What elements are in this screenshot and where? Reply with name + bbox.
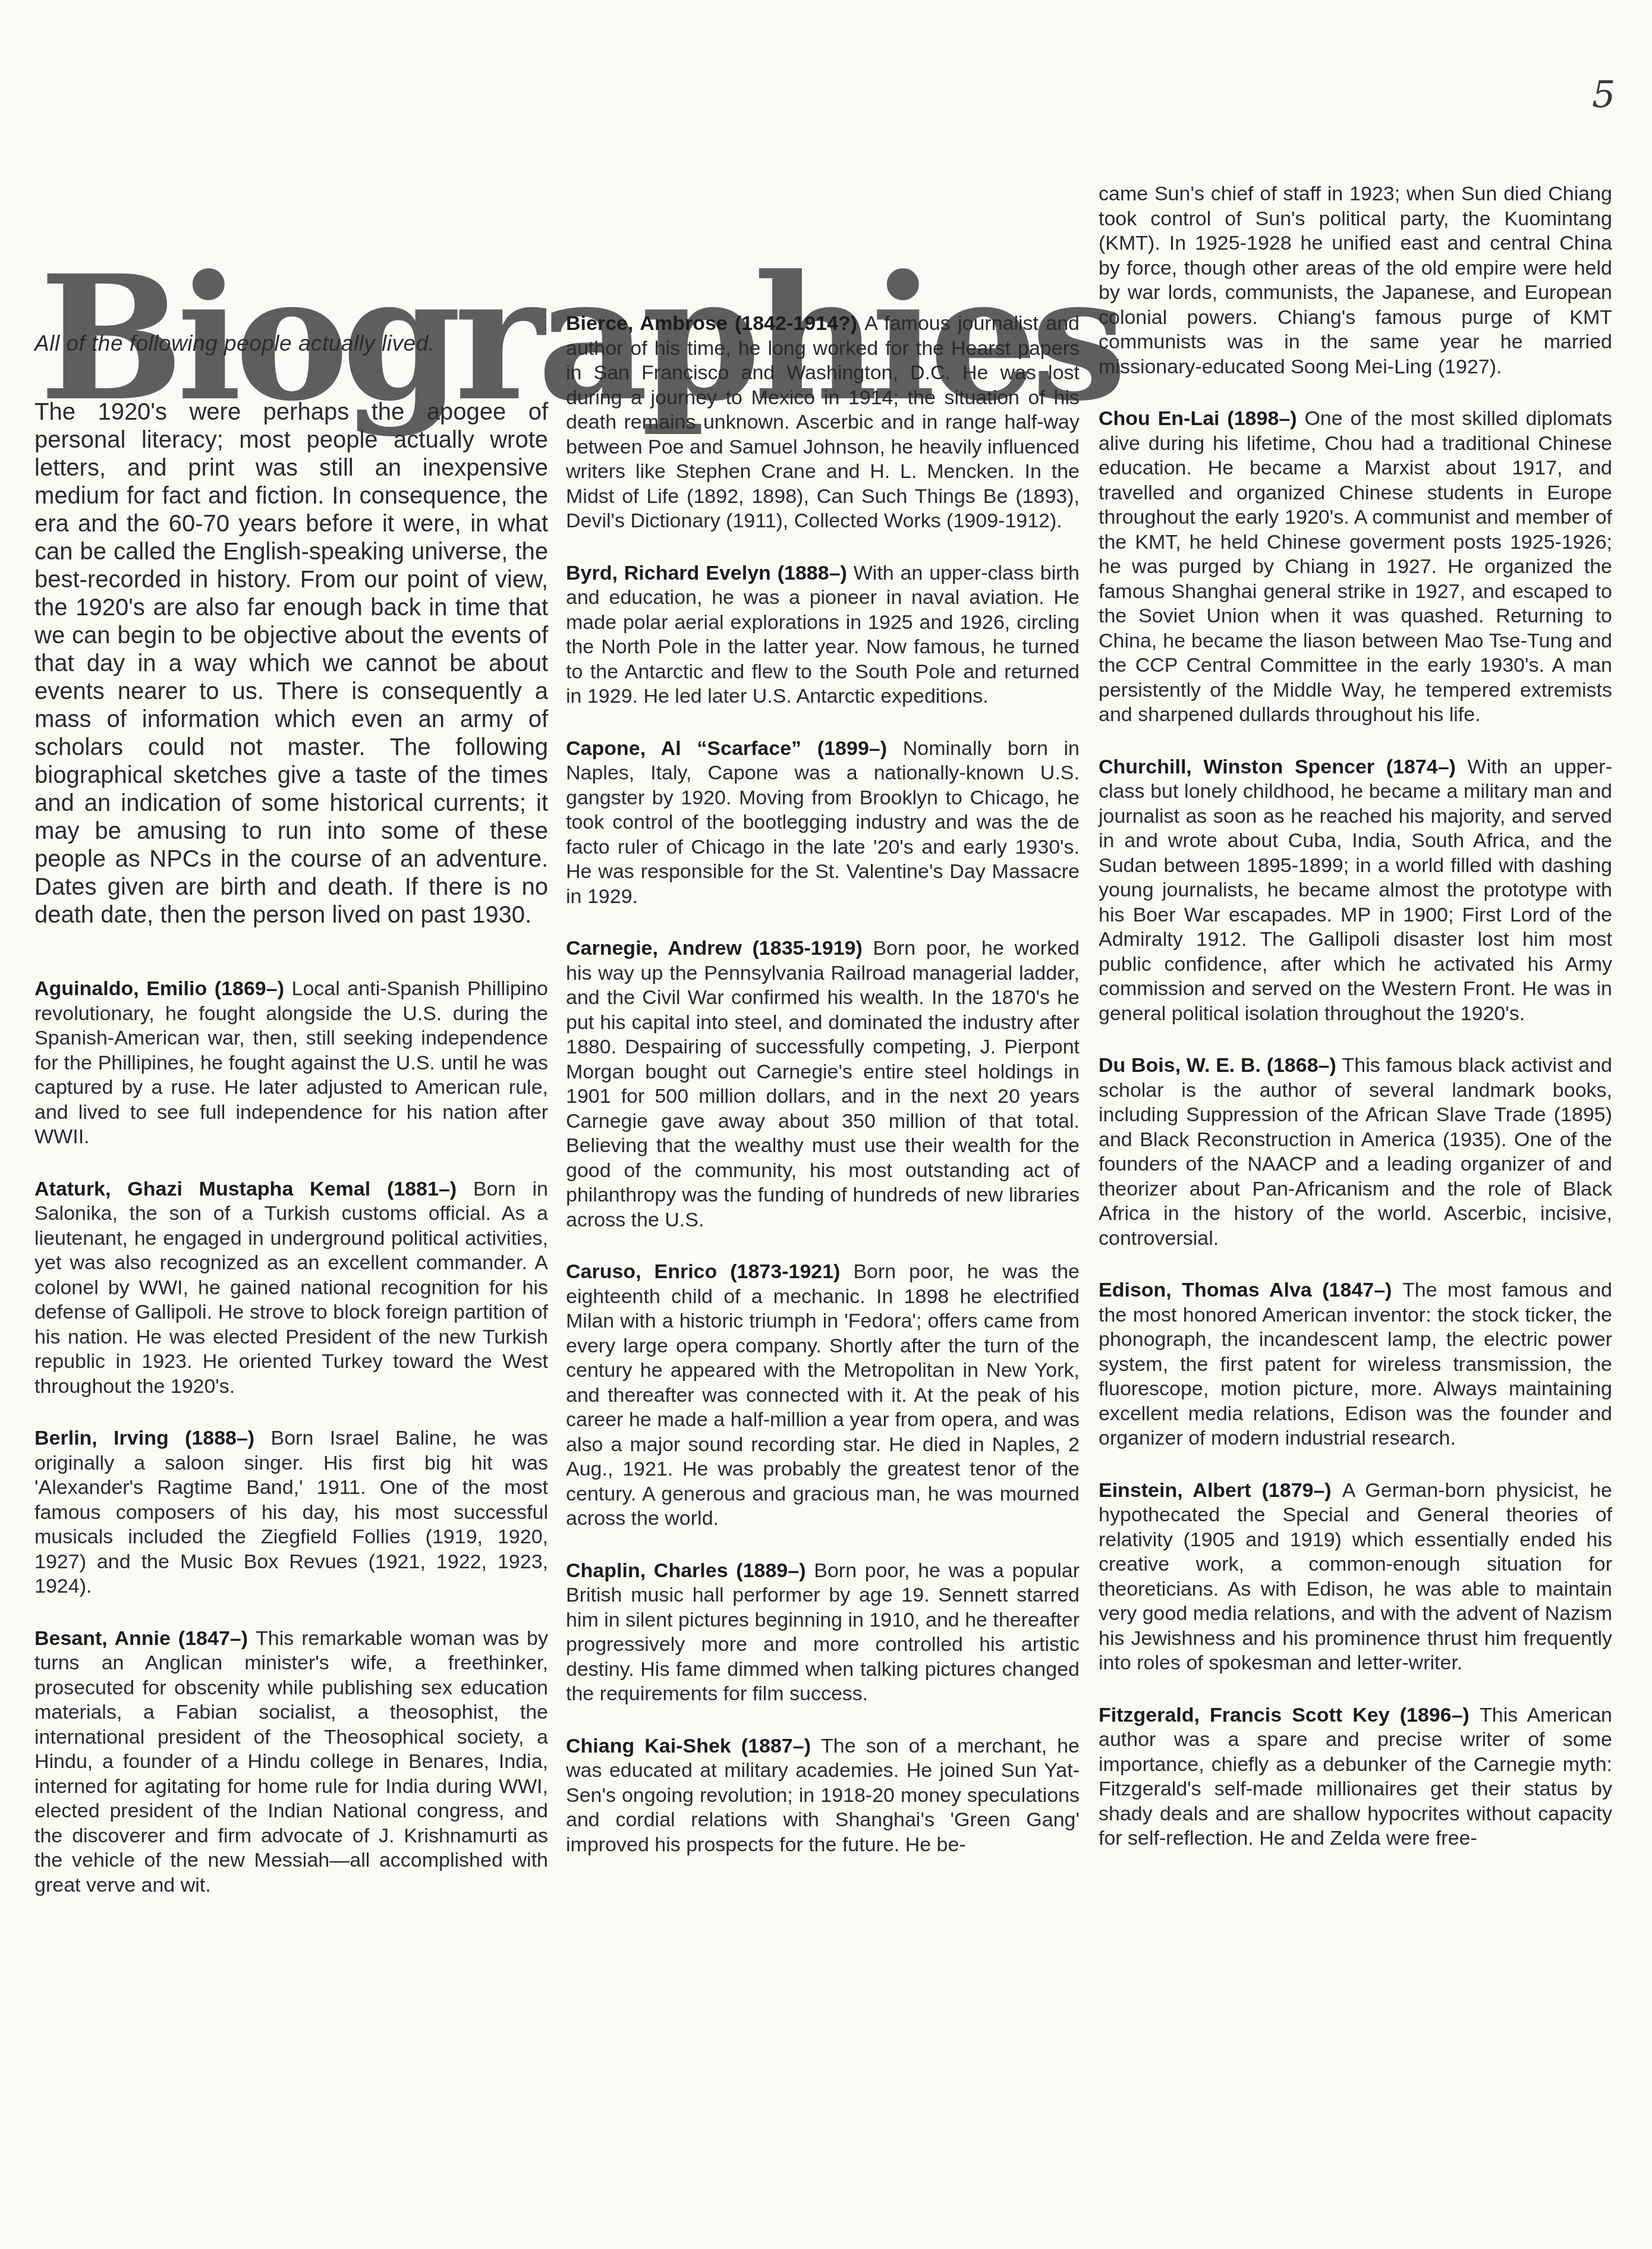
bio-entry-head: Carnegie, Andrew (1835-1919) xyxy=(566,937,873,960)
bio-entry-body: Born in Salonika, the son of a Turkish c… xyxy=(34,1178,548,1398)
bio-entry-churchill: Churchill, Winston Spencer (1874–)With a… xyxy=(1099,755,1612,1027)
bio-entry-body: One of the most skilled diplomats alive … xyxy=(1099,407,1612,726)
bio-entry-einstein: Einstein, Albert (1879–)A German-born ph… xyxy=(1099,1479,1612,1676)
bio-entry-carnegie: Carnegie, Andrew (1835-1919)Born poor, h… xyxy=(566,936,1080,1232)
bio-entry-berlin: Berlin, Irving (1888–)Born Israel Baline… xyxy=(34,1426,548,1599)
bio-entry-head: Ataturk, Ghazi Mustapha Kemal (1881–) xyxy=(34,1178,473,1200)
bio-entry-head: Chou En-Lai (1898–) xyxy=(1099,407,1304,430)
bio-entry-besant: Besant, Annie (1847–)This remarkable wom… xyxy=(34,1627,548,1898)
bio-entry-head: Chiang Kai-Shek (1887–) xyxy=(566,1735,821,1757)
intro-paragraph: The 1920's were perhaps the apogee of pe… xyxy=(34,398,548,929)
bio-entry-body: Born poor, he worked his way up the Penn… xyxy=(566,937,1080,1231)
bio-entry-head: Fitzgerald, Francis Scott Key (1896–) xyxy=(1099,1704,1480,1726)
bio-entry-edison: Edison, Thomas Alva (1847–)The most famo… xyxy=(1099,1278,1612,1451)
bio-entry-chiang-continuation: came Sun's chief of staff in 1923; when … xyxy=(1099,182,1612,379)
scanned-book-page: 5 Biographies All of the following peopl… xyxy=(0,0,1652,2249)
bio-entry-caruso: Caruso, Enrico (1873-1921)Born poor, he … xyxy=(566,1260,1080,1531)
bio-entry-body: This famous black activist and scholar i… xyxy=(1099,1054,1612,1250)
bio-entry-body: Local anti-Spanish Phillipino revolution… xyxy=(34,977,548,1148)
bio-entry-ataturk: Ataturk, Ghazi Mustapha Kemal (1881–)Bor… xyxy=(34,1177,548,1399)
bio-entry-dubois: Du Bois, W. E. B. (1868–)This famous bla… xyxy=(1099,1053,1612,1251)
bio-entry-bierce: Bierce, Ambrose (1842-1914?)A famous jou… xyxy=(566,312,1080,534)
bio-entry-head: Du Bois, W. E. B. (1868–) xyxy=(1099,1054,1342,1077)
bio-entry-head: Aguinaldo, Emilio (1869–) xyxy=(34,977,292,1000)
bio-entry-head: Chaplin, Charles (1889–) xyxy=(566,1559,814,1582)
bio-entry-head: Capone, Al “Scarface” (1899–) xyxy=(566,737,903,760)
bio-entry-body: Born poor, he was the eighteenth child o… xyxy=(566,1260,1080,1530)
column-3: came Sun's chief of staff in 1923; when … xyxy=(1099,182,1612,1879)
bio-entry-head: Edison, Thomas Alva (1847–) xyxy=(1099,1279,1402,1301)
bio-entry-head: Byrd, Richard Evelyn (1888–) xyxy=(566,562,854,584)
bio-entry-fitzgerald: Fitzgerald, Francis Scott Key (1896–)Thi… xyxy=(1099,1703,1612,1851)
bio-entry-head: Caruso, Enrico (1873-1921) xyxy=(566,1260,853,1283)
bio-entry-head: Besant, Annie (1847–) xyxy=(34,1627,256,1650)
column-2: Bierce, Ambrose (1842-1914?)A famous jou… xyxy=(566,312,1080,1885)
bio-entry-chaplin: Chaplin, Charles (1889–)Born poor, he wa… xyxy=(566,1559,1080,1707)
column-1: All of the following people actually liv… xyxy=(34,331,548,1925)
bio-entry-body: A famous journalist and author of his ti… xyxy=(566,312,1080,532)
page-number: 5 xyxy=(1592,73,1615,116)
bio-entry-body: Born Israel Baline, he was originally a … xyxy=(34,1427,548,1597)
bio-entry-head: Einstein, Albert (1879–) xyxy=(1099,1479,1342,1502)
bio-entry-chou: Chou En-Lai (1898–)One of the most skill… xyxy=(1099,407,1612,728)
bio-entry-capone: Capone, Al “Scarface” (1899–)Nominally b… xyxy=(566,737,1080,910)
bio-entry-body: This remarkable woman was by turns an An… xyxy=(34,1627,548,1896)
intro-tagline: All of the following people actually liv… xyxy=(34,331,548,357)
bio-entry-body: The most famous and the most honored Ame… xyxy=(1099,1279,1612,1449)
bio-entry-byrd: Byrd, Richard Evelyn (1888–)With an uppe… xyxy=(566,561,1080,709)
bio-entry-body: Nominally born in Naples, Italy, Capone … xyxy=(566,737,1080,908)
bio-entry-head: Berlin, Irving (1888–) xyxy=(34,1427,271,1449)
bio-entry-aguinaldo: Aguinaldo, Emilio (1869–)Local anti-Span… xyxy=(34,977,548,1150)
bio-entry-head: Bierce, Ambrose (1842-1914?) xyxy=(566,312,864,335)
bio-entry-body: A German-born physicist, he hypothecated… xyxy=(1099,1479,1612,1675)
bio-entry-chiang: Chiang Kai-Shek (1887–)The son of a merc… xyxy=(566,1734,1080,1858)
bio-entry-head: Churchill, Winston Spencer (1874–) xyxy=(1099,756,1468,778)
bio-entry-body: With an upper-class but lonely childhood… xyxy=(1099,756,1612,1025)
